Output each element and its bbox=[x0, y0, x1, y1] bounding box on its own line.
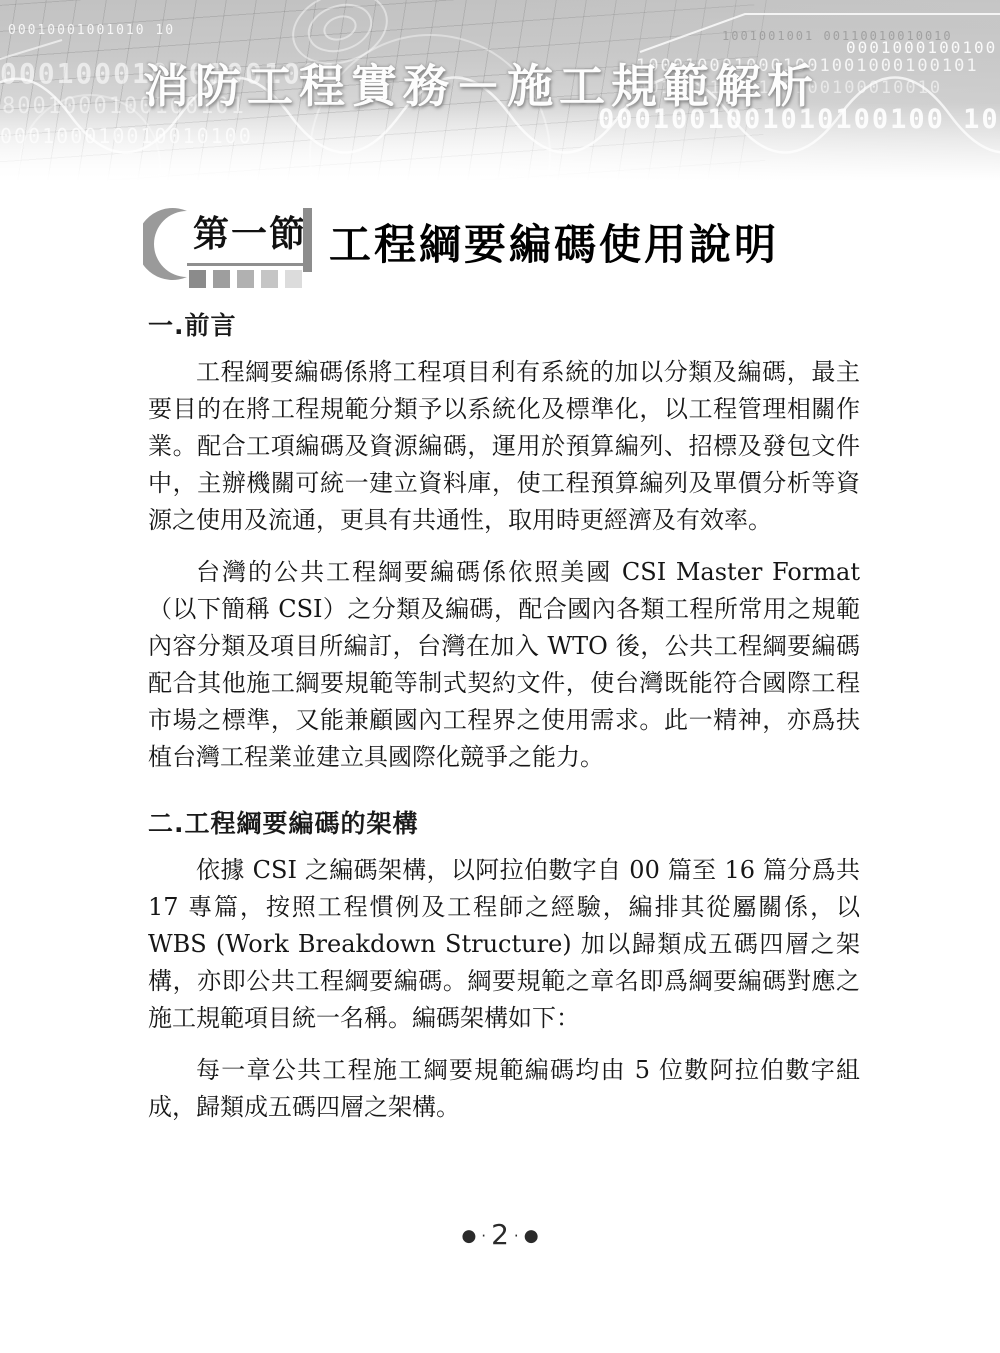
header-banner: 00010001001010 10 000100010001001001 800… bbox=[0, 0, 1000, 188]
banner-fade-bottom bbox=[0, 103, 1000, 188]
binary-string: 00010001001010 10 bbox=[8, 24, 175, 37]
subsection-heading-2: 二.工程綱要編碼的架構 bbox=[148, 804, 860, 840]
page-number-dot-left: ● bbox=[461, 1226, 476, 1246]
binary-string: 0001000100100 10 bbox=[846, 40, 1000, 56]
page-content: 一.前言 工程綱要編碼係將工程項目利有系統的加以分類及編碼，最主要目的在將工程規… bbox=[148, 306, 860, 1141]
book-page: 00010001001010 10 000100010001001001 800… bbox=[0, 0, 1000, 1353]
section-badge-label: 第一節 bbox=[187, 204, 313, 261]
page-number-separator: · bbox=[476, 1227, 491, 1245]
paragraph: 台灣的公共工程綱要編碼係依照美國 CSI Master Format（以下簡稱 … bbox=[148, 554, 860, 776]
section-divider-bar bbox=[303, 208, 312, 272]
badge-square bbox=[213, 270, 230, 288]
subsection-heading-1: 一.前言 bbox=[148, 306, 860, 342]
section-title: 工程綱要編碼使用說明 bbox=[329, 212, 779, 272]
section-badge-squares bbox=[189, 270, 313, 288]
badge-square bbox=[189, 270, 206, 288]
badge-square bbox=[237, 270, 254, 288]
badge-square bbox=[285, 270, 302, 288]
section-badge: 第一節 bbox=[187, 204, 313, 288]
page-number: ●·2·● bbox=[0, 1218, 1000, 1251]
crescent-icon bbox=[143, 206, 191, 282]
page-number-value: 2 bbox=[491, 1218, 509, 1251]
paragraph: 每一章公共工程施工綱要規範編碼均由 5 位數阿拉伯數字組成，歸類成五碼四層之架構… bbox=[148, 1052, 860, 1126]
badge-square bbox=[261, 270, 278, 288]
paragraph: 依據 CSI 之編碼架構，以阿拉伯數字自 00 篇至 16 篇分爲共 17 專篇… bbox=[148, 852, 860, 1037]
page-number-dot-right: ● bbox=[524, 1226, 539, 1246]
paragraph: 工程綱要編碼係將工程項目利有系統的加以分類及編碼，最主要目的在將工程規範分類予以… bbox=[148, 354, 860, 539]
page-number-separator: · bbox=[509, 1227, 524, 1245]
section-badge-rule bbox=[187, 263, 305, 266]
